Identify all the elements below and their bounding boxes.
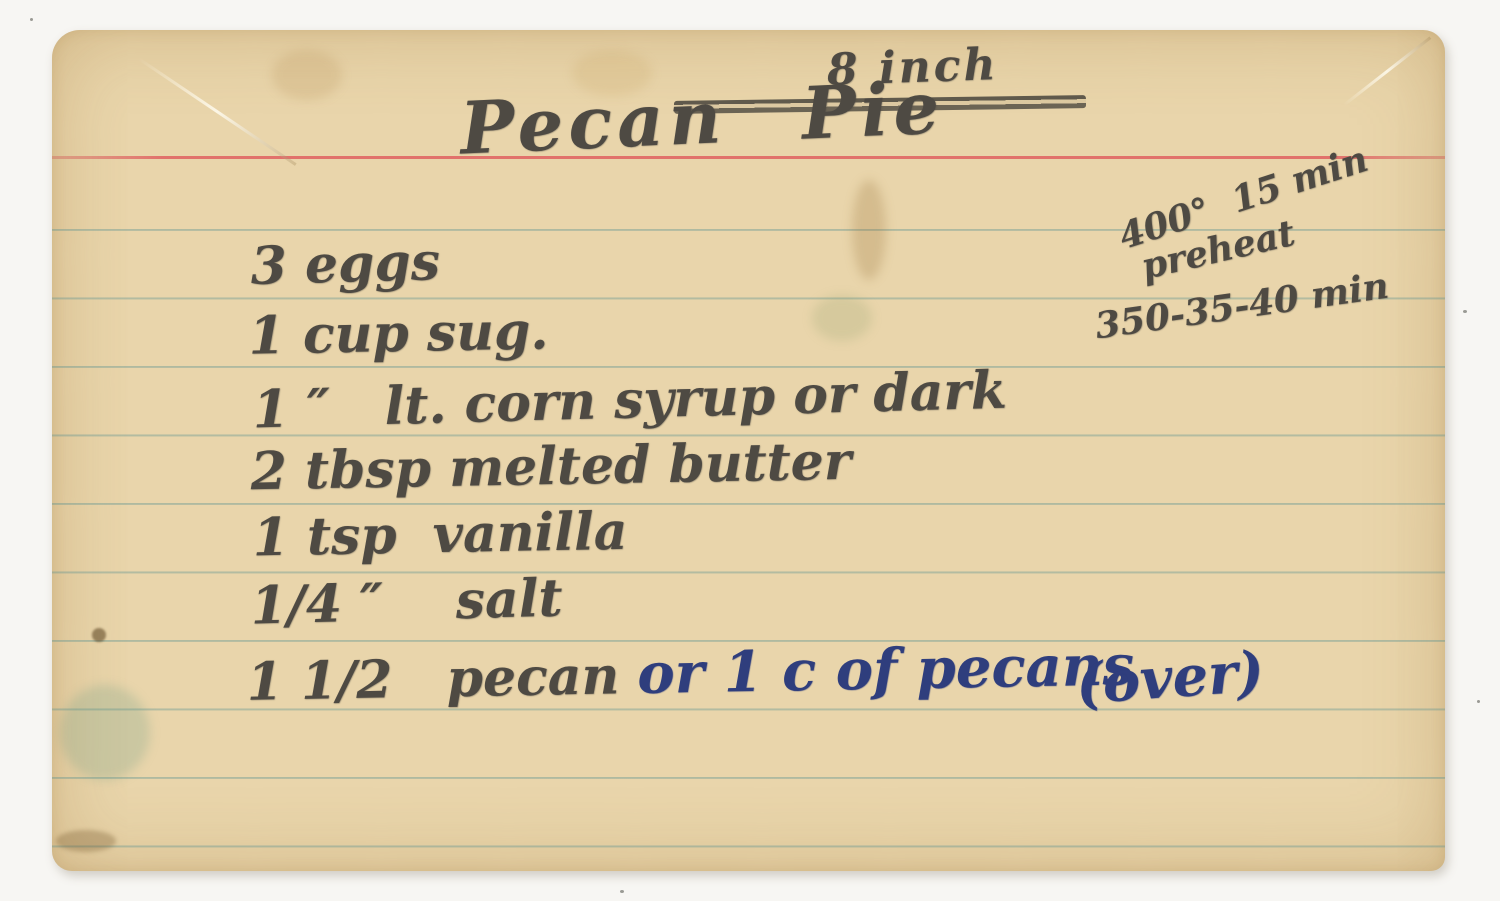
recipe-card: 8 inch Pecan Pie 400° 15 min preheat 350… xyxy=(52,30,1445,871)
ingredient-text: 1 1/2 pecan xyxy=(246,645,638,713)
corner-crease xyxy=(1343,36,1432,106)
dust-speck xyxy=(1477,700,1480,703)
ingredient-ink-addition: or 1 c of pecans xyxy=(637,632,1135,707)
stain xyxy=(852,180,886,280)
scanned-photo: 8 inch Pecan Pie 400° 15 min preheat 350… xyxy=(0,0,1500,901)
dust-speck xyxy=(1463,310,1467,313)
stain xyxy=(60,685,150,780)
stain xyxy=(56,830,116,852)
stain xyxy=(92,628,106,642)
stain xyxy=(272,50,342,100)
ingredient-line: 1 1/2 pecan or 1 c of pecans xyxy=(137,585,1136,762)
dust-speck xyxy=(30,18,33,21)
dust-speck xyxy=(620,890,624,893)
card-title: Pecan Pie xyxy=(459,71,946,164)
turn-note: (over) xyxy=(1074,644,1265,713)
